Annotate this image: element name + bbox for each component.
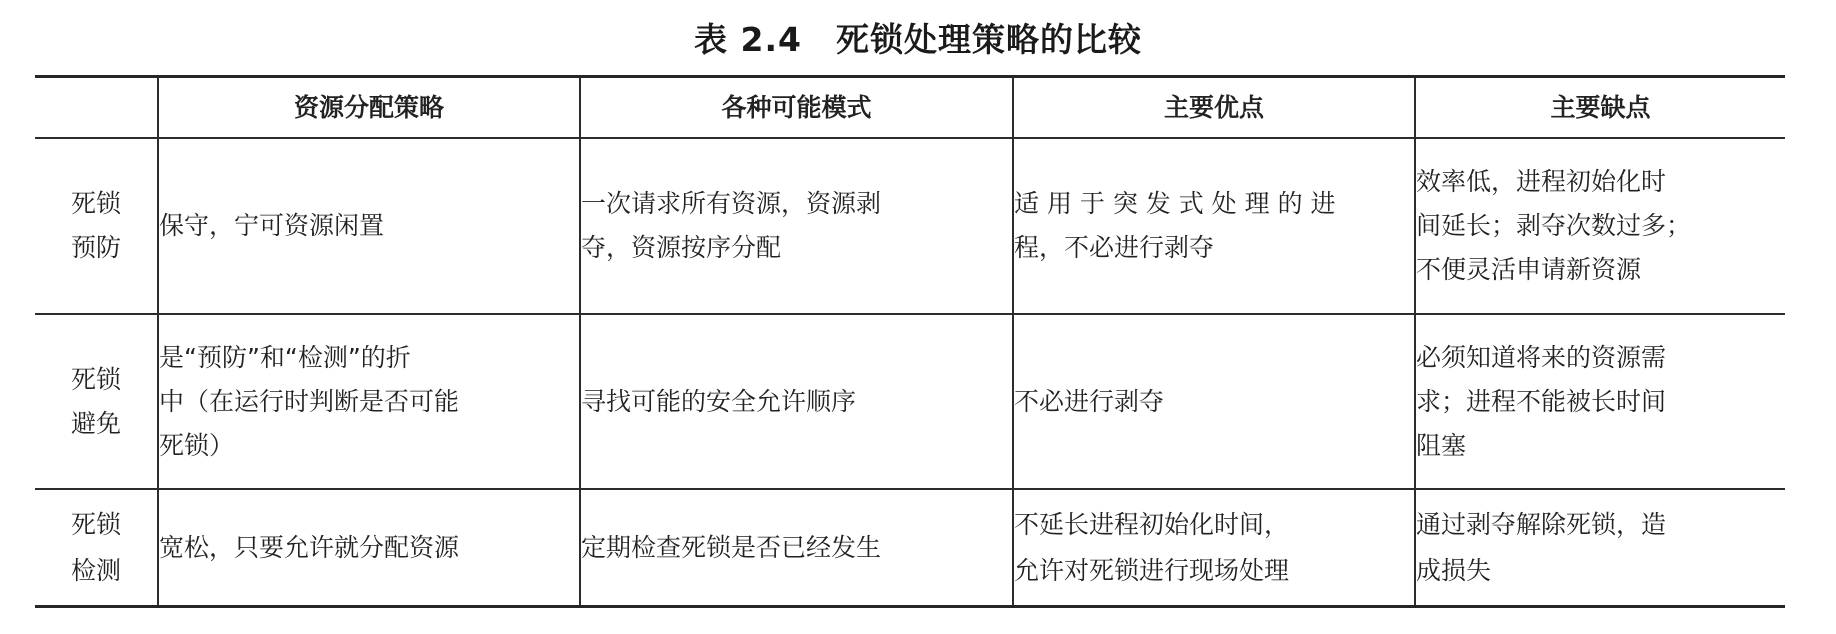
cell-text-line: 效率低，进程初始化时 bbox=[1416, 160, 1785, 204]
cell-allocation-policy: 保守，宁可资源闲置 bbox=[158, 138, 580, 314]
cell-allocation-policy: 宽松，只要允许就分配资源 bbox=[158, 489, 580, 607]
table-row-deadlock-prevention: 死锁 预防 保守，宁可资源闲置 一次请求所有资源，资源剥 夺，资源按序分配 适 … bbox=[35, 138, 1785, 314]
cell-text-line: 成损失 bbox=[1416, 548, 1785, 594]
cell-text-line: 适 用 于 突 发 式 处 理 的 进 bbox=[1014, 182, 1414, 226]
cell-advantages: 不延长进程初始化时间， 允许对死锁进行现场处理 bbox=[1013, 489, 1415, 607]
header-possible-modes: 各种可能模式 bbox=[580, 77, 1013, 139]
cell-text-line: 中（在运行时判断是否可能 bbox=[159, 380, 579, 424]
header-allocation-policy: 资源分配策略 bbox=[158, 77, 580, 139]
cell-text-line: 宽松，只要允许就分配资源 bbox=[159, 525, 579, 571]
deadlock-strategy-comparison-table: 资源分配策略 各种可能模式 主要优点 主要缺点 死锁 预防 保守，宁可资源闲置 … bbox=[35, 75, 1785, 608]
row-label-line: 死锁 bbox=[35, 502, 157, 548]
header-advantages: 主要优点 bbox=[1013, 77, 1415, 139]
cell-text-line: 寻找可能的安全允许顺序 bbox=[581, 380, 1012, 424]
cell-text-line: 阻塞 bbox=[1416, 424, 1785, 468]
cell-possible-modes: 定期检查死锁是否已经发生 bbox=[580, 489, 1013, 607]
cell-disadvantages: 必须知道将来的资源需 求；进程不能被长时间 阻塞 bbox=[1415, 314, 1785, 489]
cell-possible-modes: 寻找可能的安全允许顺序 bbox=[580, 314, 1013, 489]
cell-text-line: 程，不必进行剥夺 bbox=[1014, 226, 1414, 270]
cell-text-line: 通过剥夺解除死锁，造 bbox=[1416, 502, 1785, 548]
cell-disadvantages: 效率低，进程初始化时 间延长；剥夺次数过多； 不便灵活申请新资源 bbox=[1415, 138, 1785, 314]
table-title: 死锁处理策略的比较 bbox=[836, 20, 1142, 59]
cell-text-line: 允许对死锁进行现场处理 bbox=[1014, 548, 1414, 594]
cell-text-line: 间延长；剥夺次数过多； bbox=[1416, 204, 1785, 248]
row-label-line: 检测 bbox=[35, 548, 157, 594]
cell-disadvantages: 通过剥夺解除死锁，造 成损失 bbox=[1415, 489, 1785, 607]
cell-advantages: 不必进行剥夺 bbox=[1013, 314, 1415, 489]
row-label-line: 死锁 bbox=[35, 358, 157, 402]
cell-text-line: 必须知道将来的资源需 bbox=[1416, 336, 1785, 380]
cell-text-line: 夺，资源按序分配 bbox=[581, 226, 1012, 270]
cell-text-line: 死锁） bbox=[159, 424, 579, 468]
cell-text-line: 是“预防”和“检测”的折 bbox=[159, 336, 579, 380]
comparison-table-container: 资源分配策略 各种可能模式 主要优点 主要缺点 死锁 预防 保守，宁可资源闲置 … bbox=[35, 75, 1785, 605]
table-row-deadlock-detection: 死锁 检测 宽松，只要允许就分配资源 定期检查死锁是否已经发生 不延长进程初始化… bbox=[35, 489, 1785, 607]
cell-allocation-policy: 是“预防”和“检测”的折 中（在运行时判断是否可能 死锁） bbox=[158, 314, 580, 489]
row-label: 死锁 检测 bbox=[35, 489, 158, 607]
cell-advantages: 适 用 于 突 发 式 处 理 的 进 程，不必进行剥夺 bbox=[1013, 138, 1415, 314]
row-label-line: 预防 bbox=[35, 226, 157, 270]
cell-text-line: 不便灵活申请新资源 bbox=[1416, 248, 1785, 292]
cell-text-line: 保守，宁可资源闲置 bbox=[159, 204, 579, 248]
header-row: 资源分配策略 各种可能模式 主要优点 主要缺点 bbox=[35, 77, 1785, 139]
table-row-deadlock-avoidance: 死锁 避免 是“预防”和“检测”的折 中（在运行时判断是否可能 死锁） 寻找可能… bbox=[35, 314, 1785, 489]
table-number: 表 2.4 bbox=[694, 20, 802, 59]
cell-text-line: 一次请求所有资源，资源剥 bbox=[581, 182, 1012, 226]
cell-possible-modes: 一次请求所有资源，资源剥 夺，资源按序分配 bbox=[580, 138, 1013, 314]
cell-text-line: 不必进行剥夺 bbox=[1014, 380, 1414, 424]
cell-text-line: 不延长进程初始化时间， bbox=[1014, 502, 1414, 548]
row-label-line: 避免 bbox=[35, 402, 157, 446]
header-corner bbox=[35, 77, 158, 139]
cell-text-line: 求；进程不能被长时间 bbox=[1416, 380, 1785, 424]
table-caption: 表 2.4死锁处理策略的比较 bbox=[0, 14, 1836, 61]
header-disadvantages: 主要缺点 bbox=[1415, 77, 1785, 139]
row-label: 死锁 预防 bbox=[35, 138, 158, 314]
cell-text-line: 定期检查死锁是否已经发生 bbox=[581, 525, 1012, 571]
row-label: 死锁 避免 bbox=[35, 314, 158, 489]
row-label-line: 死锁 bbox=[35, 182, 157, 226]
